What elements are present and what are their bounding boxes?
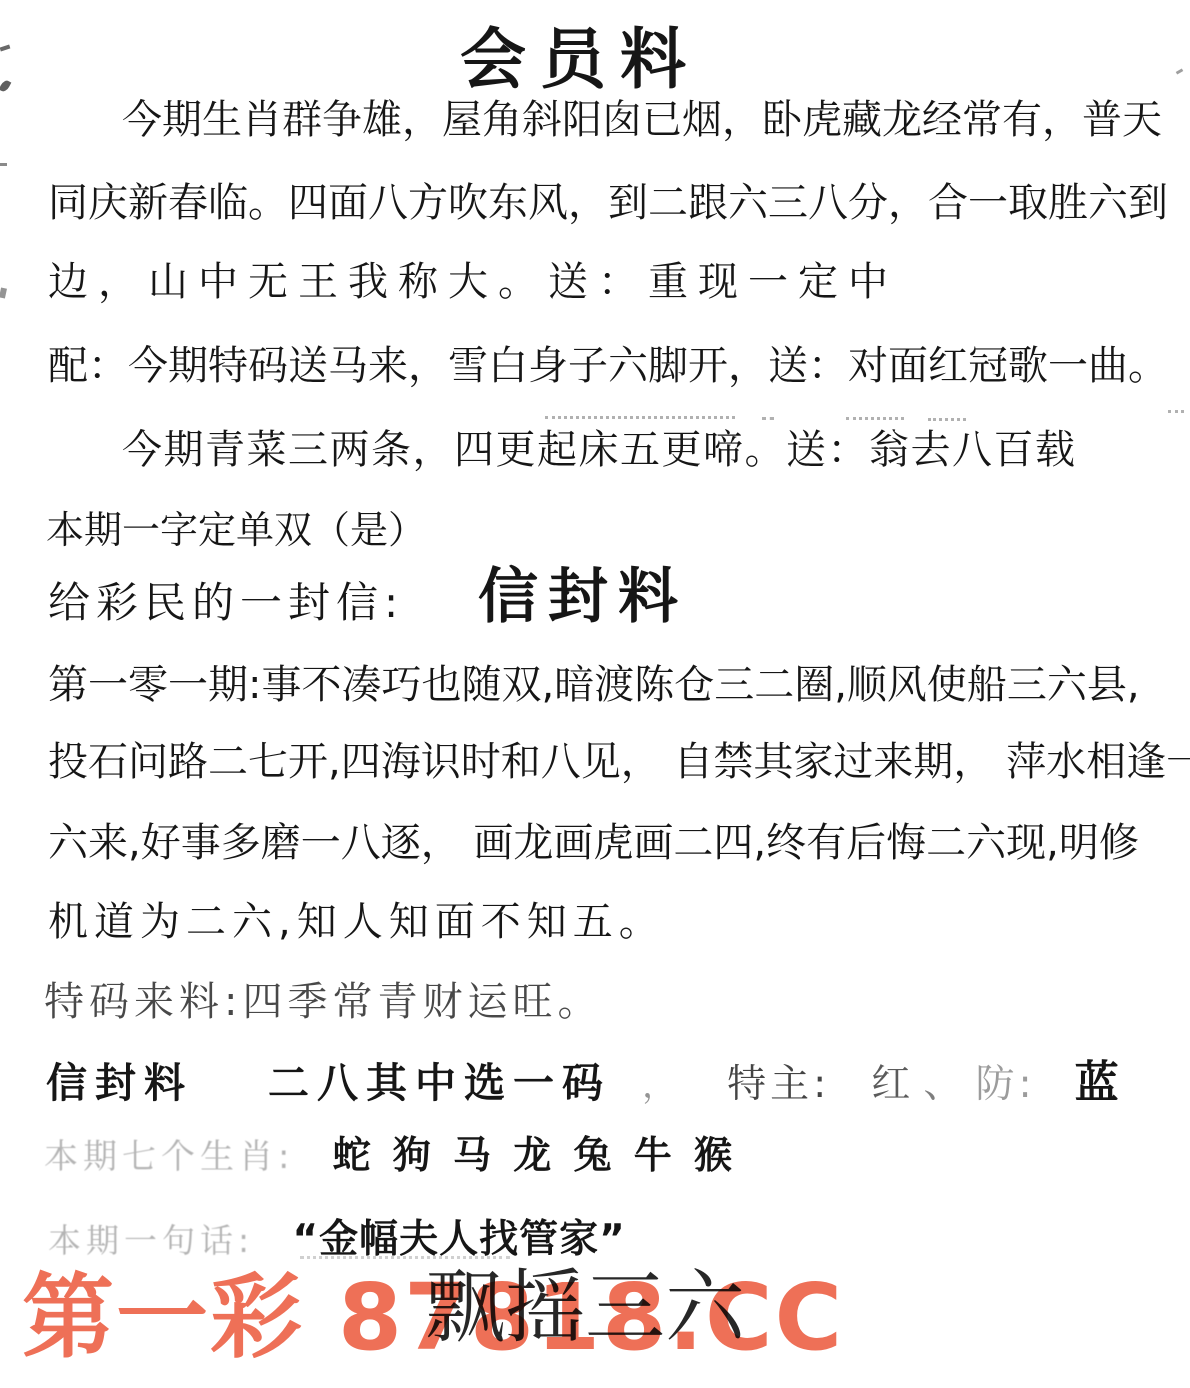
scan-artifact [1176, 68, 1184, 74]
member-paragraph1-line2: 同庆新春临。四面八方吹东风，到二跟六三八分，合一取胜六到 [48, 182, 1168, 224]
member-paragraph3: 今期青菜三两条，四更起床五更啼。送：翁去八百载 [122, 429, 1077, 471]
guard-label: 防: [975, 1065, 1035, 1106]
scan-artifact [0, 45, 10, 52]
envelope-paragraph-line1: 第一零一期:事不凑巧也随双,暗渡陈仓三二圈,顺风使船三六县, [48, 664, 1140, 706]
scan-artifact [0, 287, 7, 298]
scan-artifact-dotted-line [928, 418, 966, 421]
pick-separator: 、 [923, 1065, 962, 1106]
special-main-value: 红 [871, 1065, 910, 1106]
special-code-line: 特码来料:四季常青财运旺。 [44, 981, 602, 1023]
special-main-label: 特主: [727, 1065, 830, 1106]
scan-artifact [0, 163, 7, 166]
phrase-quoted: “金幅夫人找管家” [293, 1217, 626, 1262]
scan-artifact-dotted-line [545, 416, 735, 419]
envelope-paragraph-line3: 六来,好事多磨一八逐， 画龙画虎画二四,终有后悔二六现,明修 [48, 822, 1139, 864]
handwritten-overlay-text: 飘摇三六 [425, 1268, 745, 1348]
phrase-line: 本期一句话: “金幅夫人找管家” [48, 1220, 626, 1261]
zodiac-animals: 蛇 狗 马 龙 兔 牛 猴 [333, 1133, 732, 1177]
pick-text: 二八其中选一码 [268, 1062, 611, 1105]
zodiac-line: 本期七个生肖: 蛇 狗 马 龙 兔 牛 猴 [44, 1136, 732, 1176]
member-paragraph2: 配：今期特码送马来，雪白身子六脚开，送：对面红冠歌一曲。 [48, 345, 1168, 387]
guard-value: 蓝 [1075, 1060, 1119, 1106]
letter-intro-line: 给彩民的一封信: [48, 581, 404, 625]
zodiac-faded-prefix: 本期七个生肖: [44, 1137, 294, 1177]
scan-artifact [0, 79, 11, 93]
scan-artifact-dotted-line [1168, 410, 1184, 413]
member-section-title: 会员料 [460, 6, 700, 101]
member-paragraph1-line1: 今期生肖群争雄，屋角斜阳囱已烟，卧虎藏龙经常有，普天 [122, 99, 1162, 141]
scan-artifact-dotted-line [762, 417, 774, 420]
member-paragraph1-line3: 边，山中无王我称大。送：重现一定中 [48, 261, 898, 303]
envelope-section-title: 信封料 [478, 549, 688, 635]
pick-comma: ， [642, 1069, 676, 1105]
pick-label: 信封料 [46, 1062, 193, 1105]
scanned-document-page: 会员料 今期生肖群争雄，屋角斜阳囱已烟，卧虎藏龙经常有，普天 同庆新春临。四面八… [0, 0, 1190, 1388]
envelope-paragraph-line4: 机道为二六,知人知面不知五。 [48, 901, 665, 943]
phrase-faded-prefix: 本期一句话: [48, 1221, 254, 1260]
single-double-line: 本期一字定单双（是） [46, 511, 426, 551]
envelope-paragraph-line2: 投石问路二七开,四海识时和八见， 自禁其家过来期， 萍水相逢一 [48, 741, 1190, 783]
scan-artifact-dotted-line [846, 417, 904, 420]
pick-line: 信封料 二八其中选一码 ， 特主: 红 、 防: 蓝 [46, 1060, 1119, 1106]
